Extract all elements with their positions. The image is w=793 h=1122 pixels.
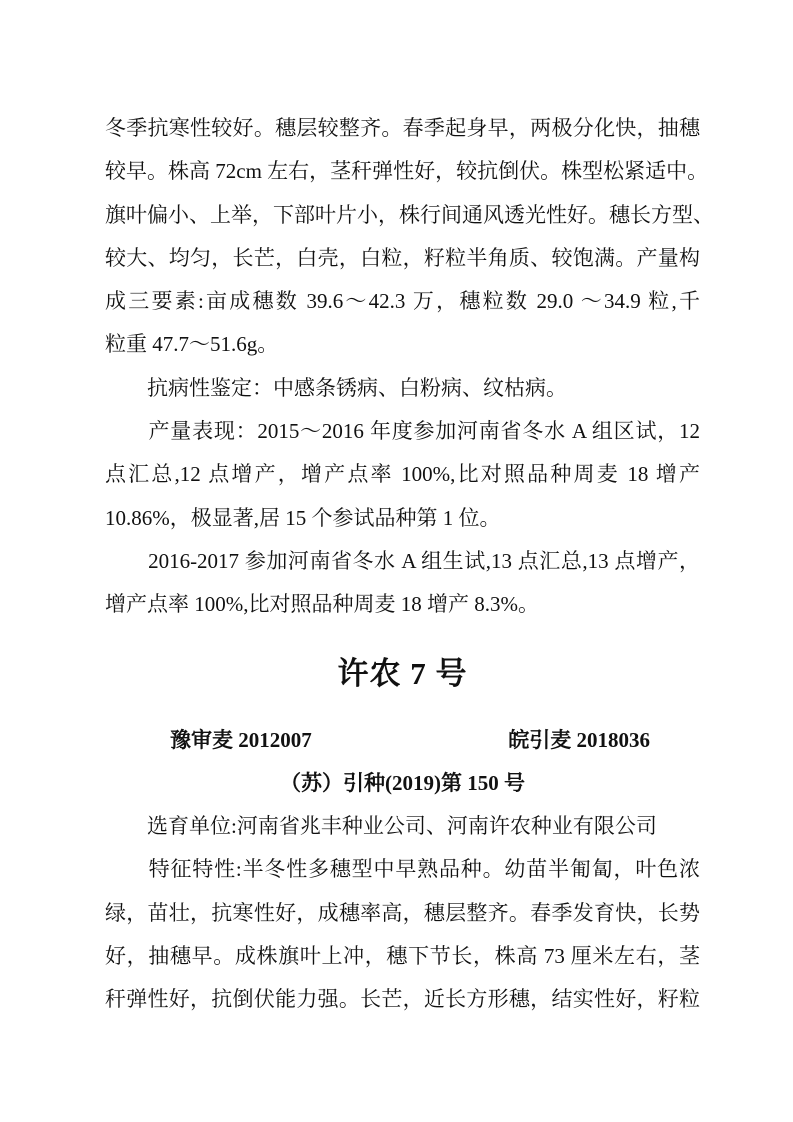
- henan-approval-code: 豫审麦 2012007: [170, 719, 312, 762]
- anhui-introduction-code: 皖引麦 2018036: [508, 719, 650, 762]
- yield-performance-line: 产量表现：2015～2016 年度参加河南省冬水 A 组区试，12: [105, 410, 700, 453]
- body-line: 点汇总,12 点增产，增产点率 100%,比对照品种周麦 18 增产: [105, 453, 700, 496]
- traits-line: 特征特性:半冬性多穗型中早熟品种。幼苗半匍匐，叶色浓: [105, 848, 700, 891]
- document-page: 冬季抗寒性较好。穗层较整齐。春季起身早，两极分化快，抽穗 较早。株高 72cm …: [0, 0, 793, 1122]
- body-line: 粒重 47.7～51.6g。: [105, 323, 700, 366]
- traits-line: 绿，苗壮，抗寒性好，成穗率高，穗层整齐。春季发育快，长势: [105, 892, 700, 935]
- variety-title: 许农 7 号: [105, 649, 700, 699]
- body-line: 10.86%，极显著,居 15 个参试品种第 1 位。: [105, 497, 700, 540]
- body-line: 较大、均匀，长芒，白壳，白粒，籽粒半角质、较饱满。产量构: [105, 237, 700, 280]
- variety-detail-paragraphs: 选育单位:河南省兆丰种业公司、河南许农种业有限公司 特征特性:半冬性多穗型中早熟…: [105, 805, 700, 1021]
- certification-codes-row: 豫审麦 2012007 皖引麦 2018036: [105, 719, 700, 762]
- body-line: 较早。株高 72cm 左右，茎秆弹性好，较抗倒伏。株型松紧适中。: [105, 150, 700, 193]
- body-line: 旗叶偏小、上举，下部叶片小，株行间通风透光性好。穗长方型、: [105, 194, 700, 237]
- previous-variety-paragraphs: 冬季抗寒性较好。穗层较整齐。春季起身早，两极分化快，抽穗 较早。株高 72cm …: [105, 107, 700, 627]
- page-content: 冬季抗寒性较好。穗层较整齐。春季起身早，两极分化快，抽穗 较早。株高 72cm …: [105, 0, 700, 1022]
- disease-resistance-line: 抗病性鉴定：中感条锈病、白粉病、纹枯病。: [105, 367, 700, 410]
- jiangsu-introduction-code: （苏）引种(2019)第 150 号: [105, 762, 700, 805]
- traits-line: 好，抽穗早。成株旗叶上冲，穗下节长，株高 73 厘米左右，茎: [105, 935, 700, 978]
- body-line: 2016-2017 参加河南省冬水 A 组生试,13 点汇总,13 点增产，: [105, 540, 700, 583]
- body-line: 成三要素:亩成穗数 39.6～42.3 万，穗粒数 29.0 ～34.9 粒,千: [105, 280, 700, 323]
- traits-line: 秆弹性好，抗倒伏能力强。长芒，近长方形穗，结实性好，籽粒: [105, 978, 700, 1021]
- body-line: 增产点率 100%,比对照品种周麦 18 增产 8.3%。: [105, 583, 700, 626]
- breeding-unit-line: 选育单位:河南省兆丰种业公司、河南许农种业有限公司: [105, 805, 700, 848]
- body-line: 冬季抗寒性较好。穗层较整齐。春季起身早，两极分化快，抽穗: [105, 107, 700, 150]
